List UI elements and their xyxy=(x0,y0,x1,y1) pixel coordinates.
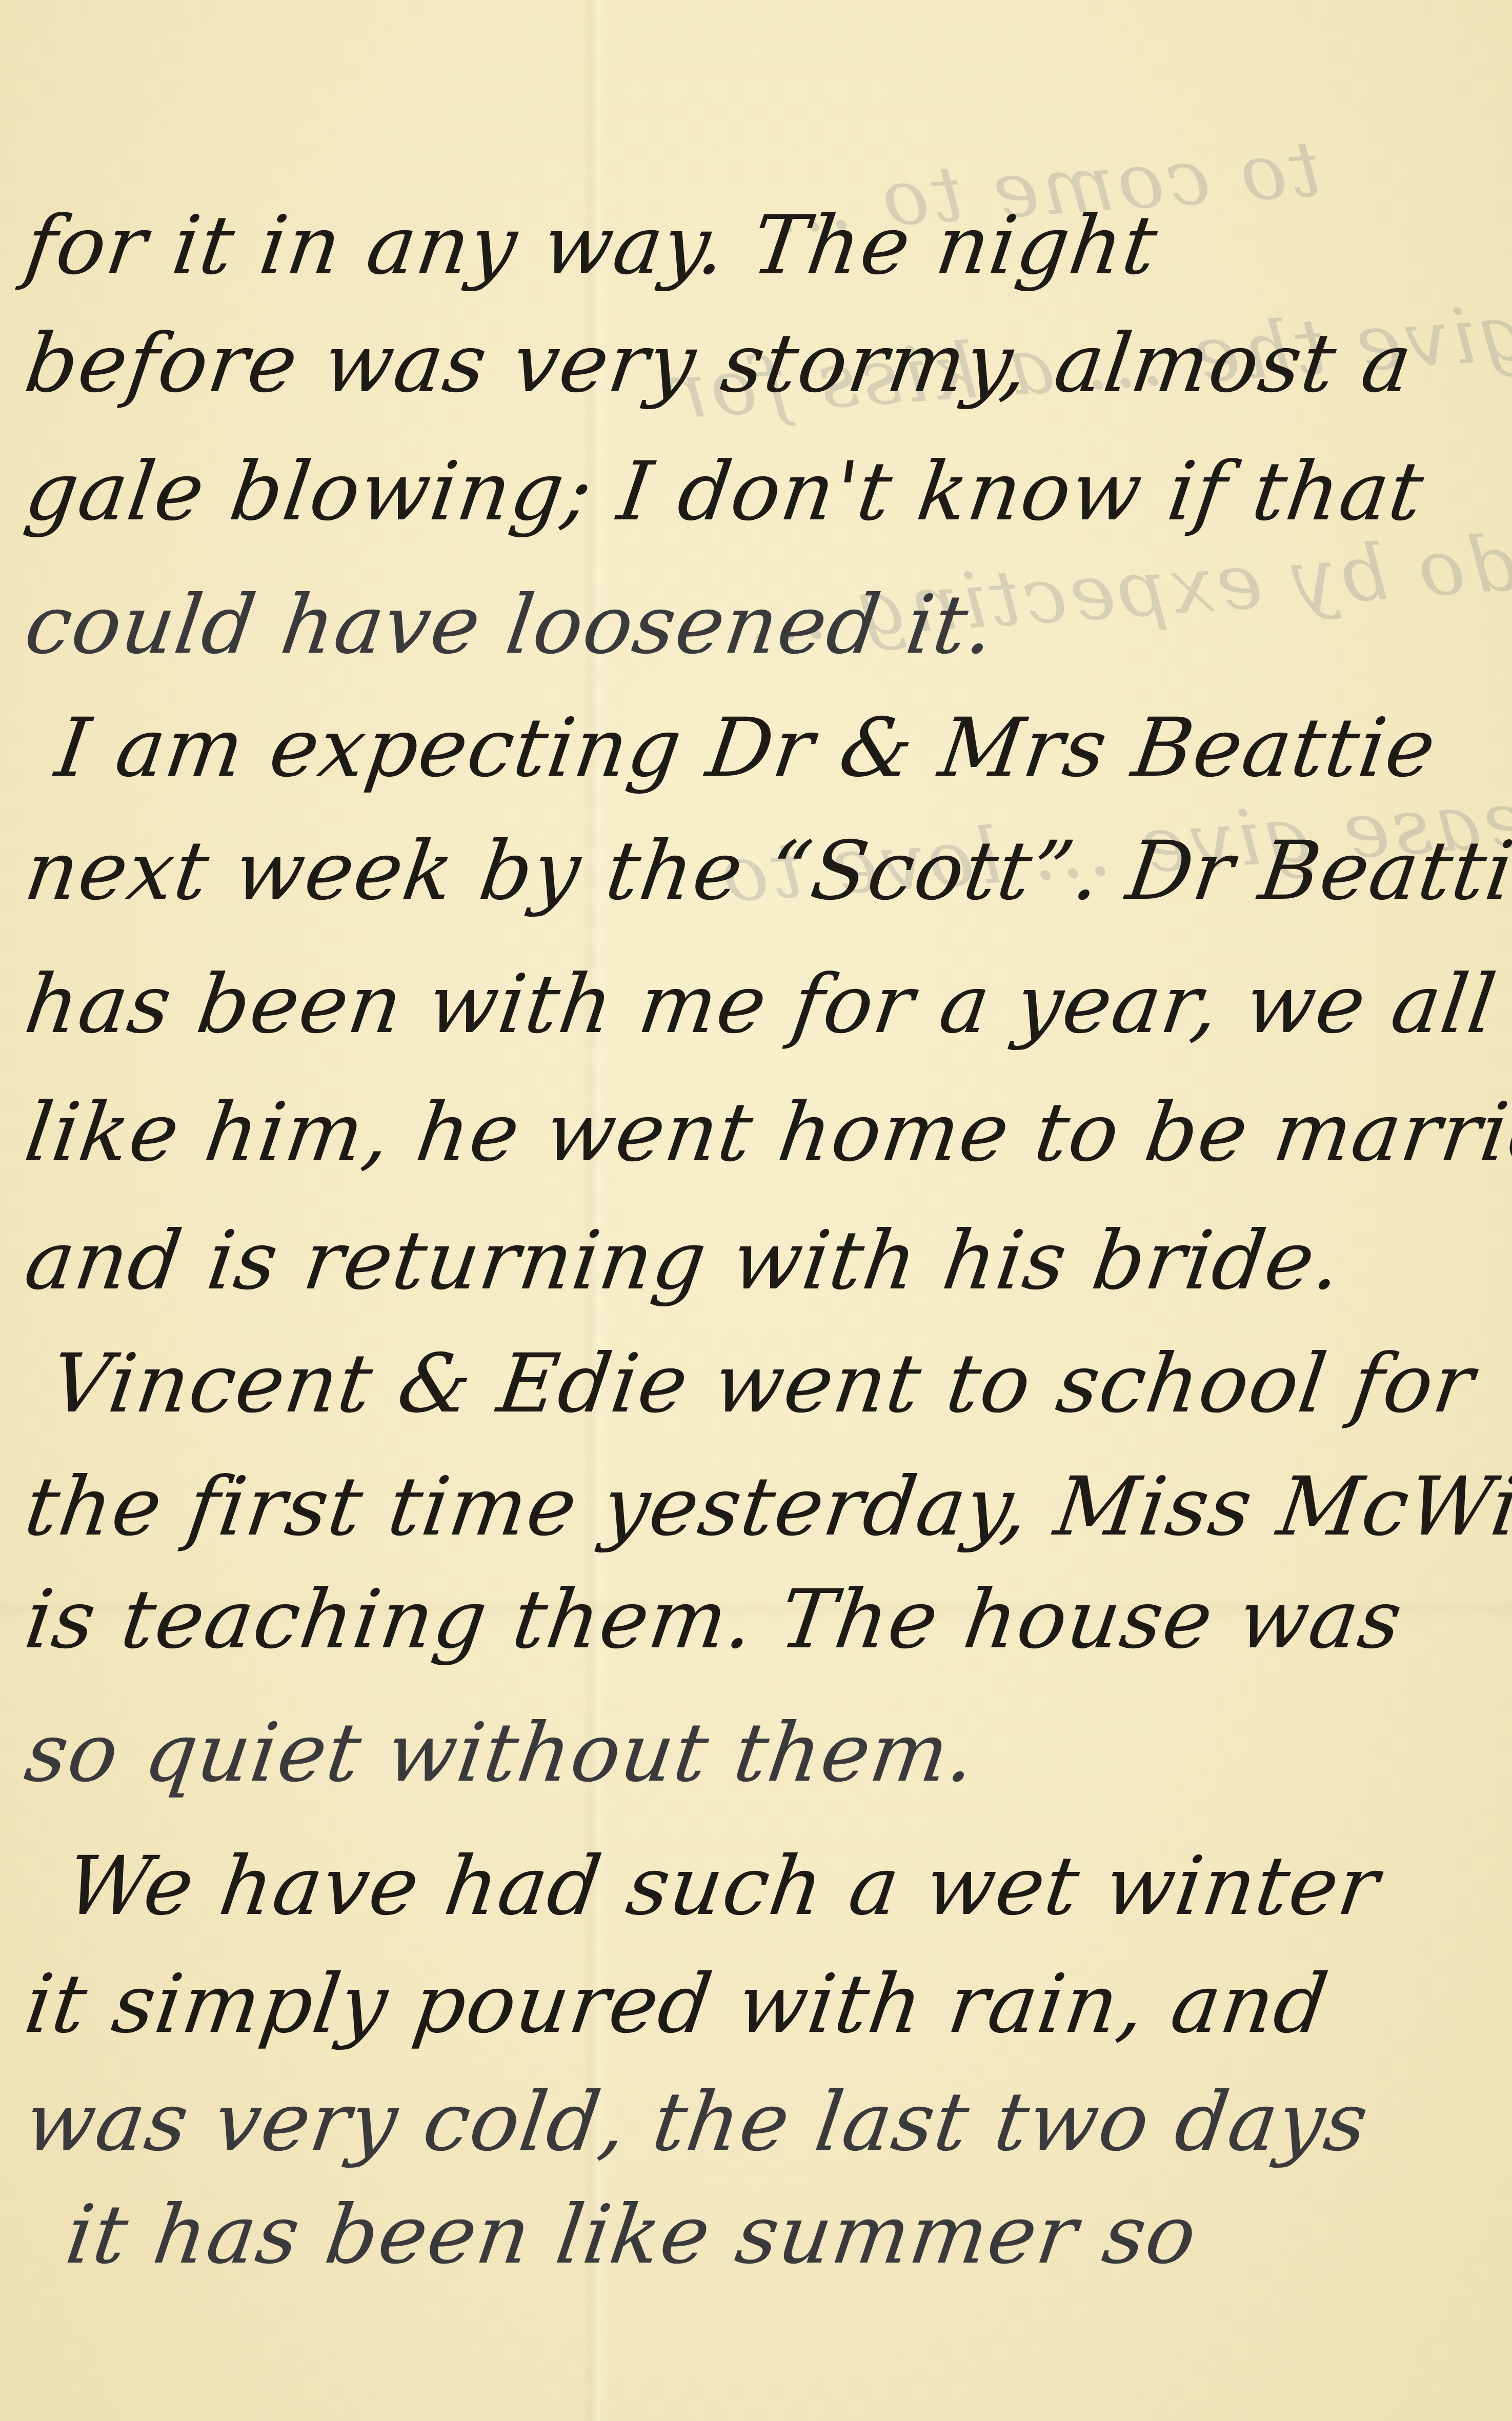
letter-line: it simply poured with rain, and xyxy=(21,1964,1333,2045)
letter-line: Vincent & Edie went to school for xyxy=(46,1343,1479,1424)
letter-line: it has been like summer so xyxy=(62,2194,1202,2275)
letter-page: to come to ... give the ... a kiss for I… xyxy=(0,0,1512,2421)
letter-line: I am expecting Dr & Mrs Beattie xyxy=(51,708,1441,789)
letter-line: and is returning with his bride. xyxy=(21,1220,1347,1301)
letter-line: for it in any way. The night xyxy=(21,205,1162,286)
letter-line: before was very stormy, almost a xyxy=(21,323,1418,404)
letter-line: could have loosened it. xyxy=(21,584,1000,665)
letter-line: was very cold, the last two days xyxy=(21,2082,1374,2163)
letter-line: next week by the “Scott”. Dr Beattie xyxy=(21,831,1512,912)
letter-line: so quiet without them. xyxy=(21,1712,981,1793)
letter-line: We have had such a wet winter xyxy=(62,1846,1384,1927)
letter-line: has been with me for a year, we all xyxy=(21,964,1501,1045)
letter-line: the first time yesterday, Miss McWilliam xyxy=(21,1466,1512,1547)
letter-line: like him, he went home to be married xyxy=(21,1092,1512,1173)
letter-line: gale blowing; I don't know if that xyxy=(21,451,1429,532)
letter-line: is teaching them. The house was xyxy=(21,1579,1407,1660)
